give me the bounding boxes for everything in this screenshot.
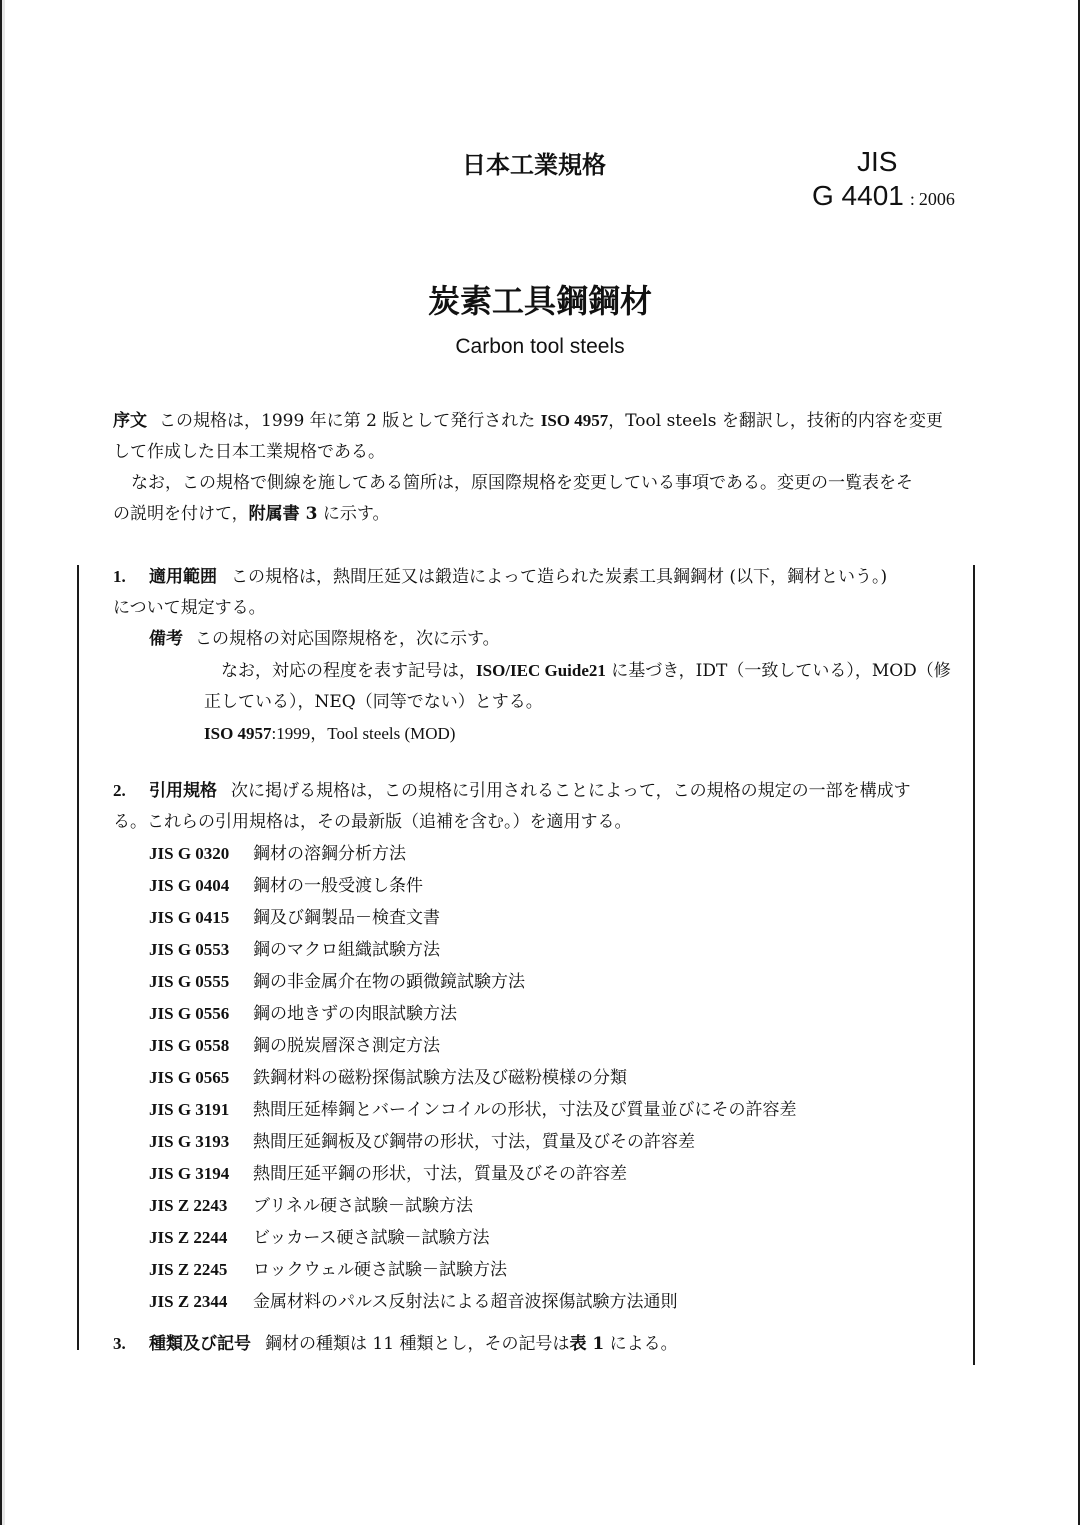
reference-item: JIS G 0565鉄鋼材料の磁粉探傷試験方法及び磁粉模様の分類: [149, 1062, 911, 1094]
standard-code: G 4401: [812, 180, 904, 211]
guide-reference: ISO/IEC Guide21: [476, 661, 606, 680]
document-title-japanese: 炭素工具鋼鋼材: [0, 276, 1080, 322]
preface-line-4: の説明を付けて，附属書 3 に示す。: [113, 499, 943, 530]
reference-item: JIS G 3194熱間圧延平鋼の形状，寸法，質量及びその許容差: [149, 1158, 911, 1190]
page-edge-shade: [2, 0, 5, 1525]
section-2-line-2: る。これらの引用規格は，その最新版（追補を含む。）を適用する。: [113, 807, 911, 838]
reference-item: JIS G 3193熱間圧延鋼板及び鋼帯の形状，寸法，質量及びその許容差: [149, 1126, 911, 1158]
section-3-number: 3.: [113, 1328, 149, 1359]
reference-item: JIS G 0555鋼の非金属介在物の顕微鏡試験方法: [149, 966, 911, 998]
section-1-scope: 1.適用範囲この規格は，熱間圧延又は鍛造によって造られた炭素工具鋼鋼材 (以下，…: [113, 561, 951, 749]
preface-line-2: して作成した日本工業規格である。: [113, 437, 943, 468]
standard-year: 2006: [919, 189, 955, 209]
reference-item: JIS Z 2243ブリネル硬さ試験－試験方法: [149, 1190, 911, 1222]
section-2-line-1: 2.引用規格次に掲げる規格は，この規格に引用されることによって，この規格の規定の…: [113, 775, 911, 807]
reference-item: JIS G 0553鋼のマクロ組織試験方法: [149, 934, 911, 966]
section-1-number: 1.: [113, 561, 149, 592]
reference-item: JIS G 0558鋼の脱炭層深さ測定方法: [149, 1030, 911, 1062]
remark-iso-code: ISO 4957: [204, 724, 272, 743]
reference-item: JIS Z 2344金属材料のパルス反射法による超音波探傷試験方法通則: [149, 1286, 911, 1318]
reference-item: JIS Z 2245ロックウェル硬さ試験－試験方法: [149, 1254, 911, 1286]
reference-item: JIS G 3191熱間圧延棒鋼とバーインコイルの形状，寸法及び質量並びにその許…: [149, 1094, 911, 1126]
preface-line-1: 序文この規格は，1999 年に第 2 版として発行された ISO 4957，To…: [113, 405, 943, 437]
section-2-title: 引用規格: [149, 781, 217, 801]
section-2-normative-references: 2.引用規格次に掲げる規格は，この規格に引用されることによって，この規格の規定の…: [113, 775, 911, 1318]
reference-list: JIS G 0320鋼材の溶鋼分析方法 JIS G 0404鋼材の一般受渡し条件…: [113, 838, 911, 1318]
section-3-line-1: 3.種類及び記号鋼材の種類は 11 種類とし，その記号は表 1 による。: [113, 1328, 678, 1360]
section-3-title: 種類及び記号: [149, 1334, 251, 1354]
section-3-types-and-symbols: 3.種類及び記号鋼材の種類は 11 種類とし，その記号は表 1 による。: [113, 1328, 678, 1360]
reference-item: JIS G 0320鋼材の溶鋼分析方法: [149, 838, 911, 870]
section-1-line-1: 1.適用範囲この規格は，熱間圧延又は鍛造によって造られた炭素工具鋼鋼材 (以下，…: [113, 561, 951, 593]
section-1-line-2: について規定する。: [113, 593, 951, 624]
reference-item: JIS G 0404鋼材の一般受渡し条件: [149, 870, 911, 902]
remark-line-1: 備考この規格の対応国際規格を，次に示す。: [113, 624, 951, 655]
remark-label: 備考: [149, 629, 183, 649]
preface-paragraph: 序文この規格は，1999 年に第 2 版として発行された ISO 4957，To…: [113, 405, 943, 530]
preface-heading: 序文: [113, 411, 147, 431]
remark-iso-line: ISO 4957:1999，Tool steels (MOD): [113, 718, 951, 749]
iso-reference: ISO 4957: [541, 411, 609, 430]
section-2-number: 2.: [113, 775, 149, 806]
annex-reference: 附属書 3: [249, 504, 318, 524]
change-bar-right: [973, 565, 975, 1365]
reference-item: JIS Z 2244ビッカース硬さ試験－試験方法: [149, 1222, 911, 1254]
remark-line-3: 正している），NEQ（同等でない）とする。: [113, 687, 951, 718]
document-title-english: Carbon tool steels: [0, 335, 1080, 359]
jis-header-title: 日本工業規格: [462, 145, 606, 180]
reference-item: JIS G 0415鋼及び鋼製品－検査文書: [149, 902, 911, 934]
preface-line-3: なお，この規格で側線を施してある箇所は，原国際規格を変更している事項である。変更…: [113, 468, 943, 499]
standard-number: G 4401:2006: [812, 180, 955, 212]
reference-item: JIS G 0556鋼の地きずの肉眼試験方法: [149, 998, 911, 1030]
change-bar-left: [77, 565, 79, 1350]
jis-label: JIS: [857, 146, 897, 178]
section-1-title: 適用範囲: [149, 567, 217, 587]
remark-line-2: なお，対応の程度を表す記号は，ISO/IEC Guide21 に基づき，IDT（…: [113, 655, 951, 687]
standard-separator: :: [910, 189, 915, 209]
table-reference: 表 1: [569, 1334, 604, 1354]
